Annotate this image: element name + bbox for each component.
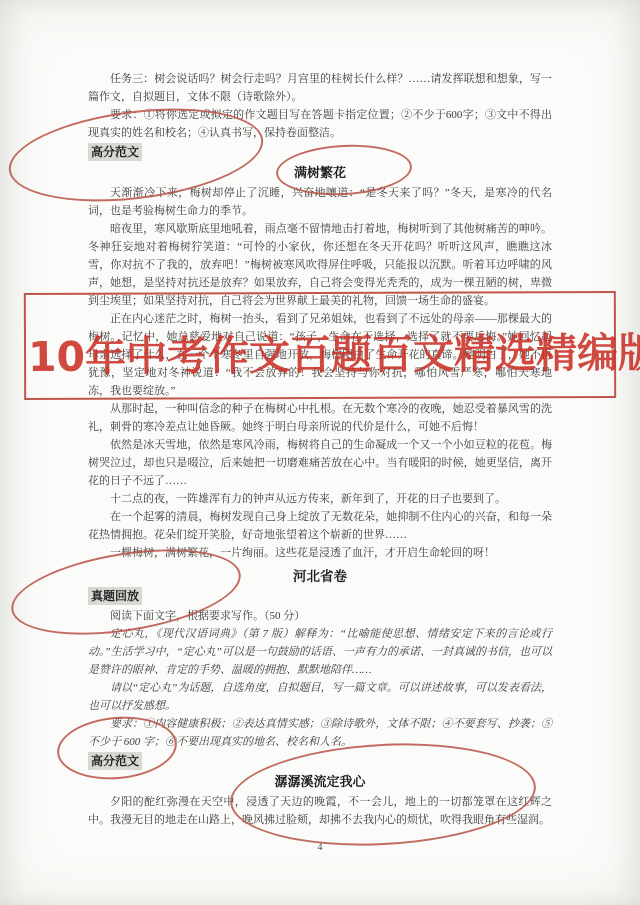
prompt-intro-paragraph: 阅读下面文字，根据要求写作。（50 分） <box>88 607 552 625</box>
essay2-title-row: 潺潺溪流定我心 <box>88 773 552 791</box>
sample-essay-label-1-text: 高分范文 <box>91 145 139 159</box>
essay2-paragraph-1: 夕阳的酡红弥漫在天空中，浸透了天边的晚霞，不一会儿，地上的一切都笼罩在这红辉之中… <box>88 793 552 829</box>
page-content: 任务三：树会说话吗？树会行走吗？月宫里的桂树长什么样？……请发挥联想和想象，写一… <box>88 70 552 829</box>
essay1-paragraph-5: 依然是冰天雪地，依然是寒风冷雨，梅树将自己的生命凝成一个又一个小如豆粒的花苞。梅… <box>88 436 552 490</box>
watermark-text: 10年中考作文百题百文精选精编版 <box>28 320 612 383</box>
essay1-paragraph-1: 天渐渐冷下来，梅树却停止了沉睡，兴奋地嚷道：“是冬天来了吗？”冬天，是寒冷的代名… <box>88 184 552 220</box>
review-label-text: 真题回放 <box>91 589 139 603</box>
prompt-quote-paragraph-1: 定心丸，《现代汉语词典》（第 7 版）解释为：“比喻能使思想、情绪安定下来的言论… <box>88 625 552 679</box>
review-label: 真题回放 <box>88 587 142 605</box>
prompt-quote-paragraph-3: 要求：①内容健康积极；②表达真情实感；③除诗歌外，文体不限；④不要套写、抄袭；⑤… <box>88 715 552 751</box>
essay1-paragraph-8: 一棵梅树，满树繁花，一片绚丽。这些花是浸透了血汗，才开启生命轮回的呀！ <box>88 544 552 562</box>
sample-essay-label-row-2: 高分范文 <box>88 752 552 771</box>
sample-essay-label-2-text: 高分范文 <box>91 754 139 768</box>
scanned-page: 任务三：树会说话吗？树会行走吗？月宫里的桂树长什么样？……请发挥联想和想象，写一… <box>0 0 640 905</box>
essay1-title: 满树繁花 <box>294 164 346 182</box>
essay1-title-row: 满树繁花 <box>88 164 552 182</box>
sample-essay-label-row-1: 高分范文 <box>88 143 552 162</box>
essay2-title: 潺潺溪流定我心 <box>274 773 365 791</box>
task-requirements-paragraph: 要求：①将你选定或拟定的作文题目写在答题卡指定位置；②不少于600字；③文中不得… <box>88 106 552 142</box>
essay1-paragraph-6: 十二点的夜，一阵雄浑有力的钟声从远方传来，新年到了，开花的日子也要到了。 <box>88 490 552 508</box>
task-three-paragraph: 任务三：树会说话吗？树会行走吗？月宫里的桂树长什么样？……请发挥联想和想象，写一… <box>88 70 552 106</box>
prompt-quote-paragraph-2: 请以“定心丸”为话题，自选角度，自拟题目，写一篇文章。可以讲述故事，可以发表看法… <box>88 679 552 715</box>
page-number: 4 <box>0 842 640 853</box>
province-section-heading: 河北省卷 <box>88 568 552 586</box>
sample-essay-label-1: 高分范文 <box>88 143 142 161</box>
sample-essay-label-2: 高分范文 <box>88 752 142 770</box>
essay1-paragraph-4: 从那时起，一种叫信念的种子在梅树心中扎根。在无数个寒冷的夜晚，她忍受着暴风雪的洗… <box>88 400 552 436</box>
essay1-title-text: 满树繁花 <box>294 165 346 180</box>
review-label-row: 真题回放 <box>88 587 552 606</box>
essay1-paragraph-7: 在一个起雾的清晨，梅树发现自己身上绽放了无数花朵，她抑制不住内心的兴奋，和每一朵… <box>88 508 552 544</box>
essay2-title-text: 潺潺溪流定我心 <box>274 774 365 789</box>
